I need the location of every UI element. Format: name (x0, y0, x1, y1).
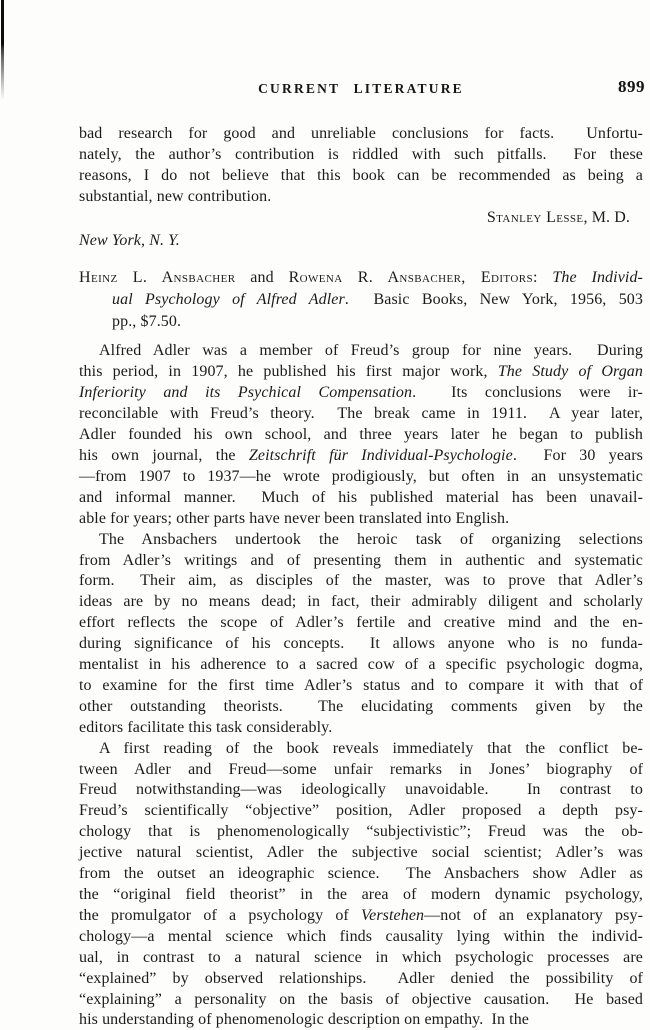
small-caps-name: Stanley Lesse (487, 209, 584, 226)
text-line: Freud notwithstanding—was ideologically … (79, 780, 643, 801)
journal-page: CURRENT LITERATURE 899 bad research for … (0, 0, 650, 1030)
text-line: able for years; other parts have never b… (79, 509, 643, 530)
text-line: bad research for good and unreliable con… (79, 124, 643, 145)
text-line: and informal manner. Much of his publish… (79, 488, 643, 509)
text-line: chology—a mental science which finds cau… (79, 927, 643, 948)
text-line: tween Adler and Freud—some unfair remark… (79, 760, 643, 781)
text-line: Freud’s scientifically “objective” posit… (79, 801, 643, 822)
text-line: Heinz L. Ansbacher and Rowena R. Ansbach… (79, 267, 643, 289)
text-line: the promulgator of a psychology of Verst… (79, 906, 643, 927)
text-line: Inferiority and its Psychical Compensati… (79, 383, 643, 404)
text-line: mentalist in his adherence to a sacred c… (79, 655, 643, 676)
text-line: the “original field theorist” in the are… (79, 885, 643, 906)
text-line: nately, the author’s contribution is rid… (79, 145, 643, 166)
paragraph: Alfred Adler was a member of Freud’s gro… (79, 341, 643, 529)
text-line: —from 1907 to 1937—he wrote prodigiously… (79, 467, 643, 488)
text-line: ual, in contrast to a natural science in… (79, 948, 643, 969)
running-head-title: CURRENT LITERATURE (258, 81, 464, 96)
reviewer-location: New York, N. Y. (79, 231, 643, 252)
book-citation: Heinz L. Ansbacher and Rowena R. Ansbach… (79, 267, 643, 333)
text-line: from the outset an ideographic science. … (79, 864, 643, 885)
scan-artifact-line (1, 0, 4, 100)
text-line: Adler founded his own school, and three … (79, 425, 643, 446)
reviewer-signature: Stanley Lesse, M. D. (79, 208, 643, 229)
text-line: to examine for the first time Adler’s st… (79, 676, 643, 697)
text-line: during significance of his concepts. It … (79, 634, 643, 655)
text-line: “explaining” a personality on the basis … (79, 990, 643, 1011)
text-line: from Adler’s writings and of presenting … (79, 551, 643, 572)
paragraph: A first reading of the book reveals imme… (79, 739, 643, 1030)
text-line: form. Their aim, as disciples of the mas… (79, 571, 643, 592)
text-line: reconcilable with Freud’s theory. The br… (79, 404, 643, 425)
small-caps-name: Heinz L. Ansbacher (79, 269, 235, 286)
text-line: chology that is phenomenologically “subj… (79, 822, 643, 843)
text-line: pp., $7.50. (79, 311, 643, 333)
text-line: ual Psychology of Alfred Adler. Basic Bo… (79, 289, 643, 311)
text-line: effort reflects the scope of Adler’s fer… (79, 613, 643, 634)
page-number: 899 (618, 77, 645, 97)
small-caps-name: Rowena R. Ansbacher, Editors (289, 269, 533, 286)
paragraph: bad research for good and unreliable con… (79, 124, 643, 208)
text-line: Alfred Adler was a member of Freud’s gro… (79, 341, 643, 362)
text-line: A first reading of the book reveals imme… (79, 739, 643, 760)
paragraph: The Ansbachers undertook the heroic task… (79, 530, 643, 739)
text-line: reasons, I do not believe that this book… (79, 166, 643, 187)
text-line: The Ansbachers undertook the heroic task… (79, 530, 643, 551)
text-line: jective natural scientist, Adler the sub… (79, 843, 643, 864)
running-head: CURRENT LITERATURE (79, 81, 643, 97)
text-line: substantial, new contribution. (79, 187, 643, 208)
text-line: “explained” by observed relationships. A… (79, 969, 643, 990)
text-line: other outstanding theorists. The elucida… (79, 697, 643, 718)
text-line: his own journal, the Zeitschrift für Ind… (79, 446, 643, 467)
text-line: ideas are by no means dead; in fact, the… (79, 592, 643, 613)
text-line: editors facilitate this task considerabl… (79, 718, 643, 739)
page-content: bad research for good and unreliable con… (79, 124, 643, 1030)
text-line: his understanding of phenomenologic desc… (79, 1010, 643, 1030)
text-line: this period, in 1907, he published his f… (79, 362, 643, 383)
